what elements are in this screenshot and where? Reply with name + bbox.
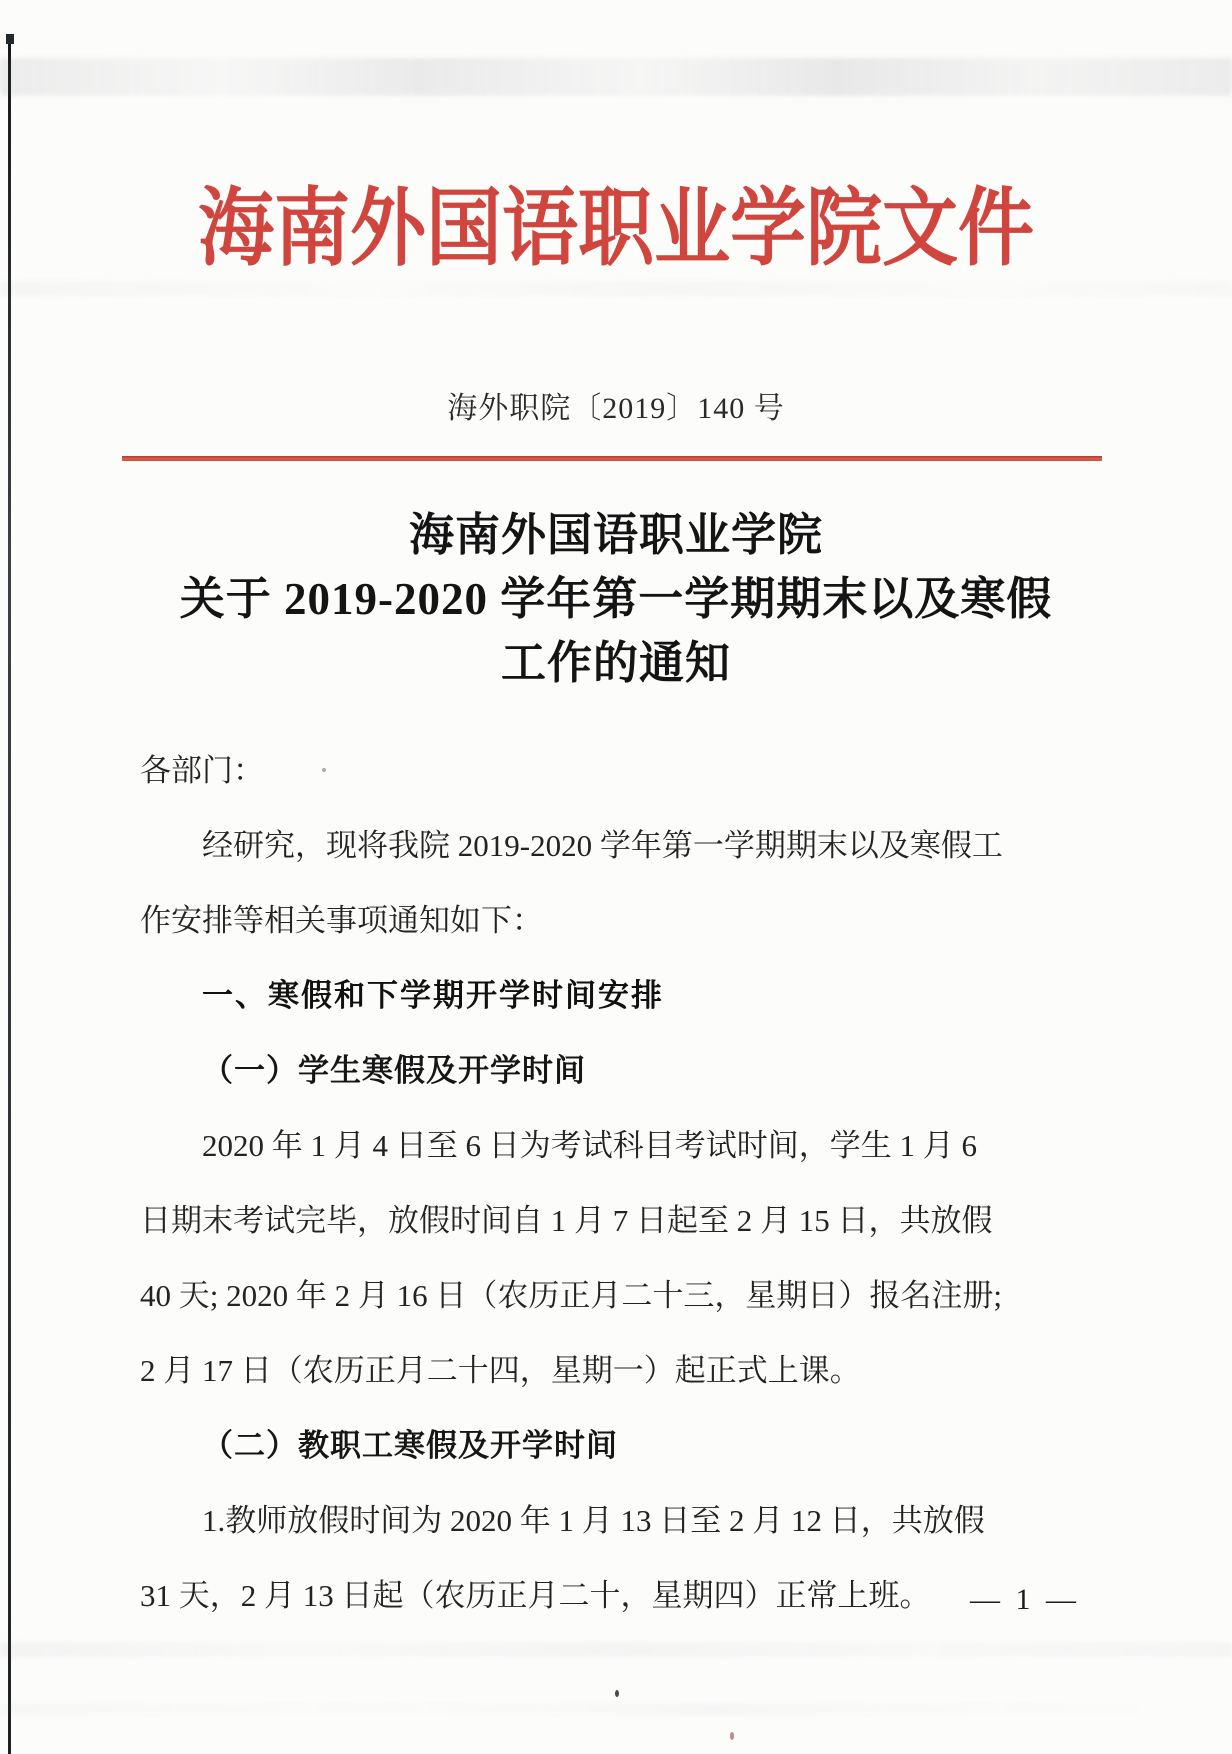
paragraph-line: 经研究，现将我院 2019-2020 学年第一学期期末以及寒假工 — [140, 808, 1114, 883]
document-body: 各部门： 经研究，现将我院 2019-2020 学年第一学期期末以及寒假工 作安… — [0, 733, 1232, 1633]
document-title-line: 海南外国语职业学院 — [0, 503, 1232, 567]
scan-speck — [615, 1690, 619, 1697]
section-heading-1-1: （一）学生寒假及开学时间 — [140, 1033, 1114, 1108]
section-heading-1-2: （二）教职工寒假及开学时间 — [140, 1408, 1114, 1483]
letterhead-org-title: 海南外国语职业学院文件 — [0, 160, 1232, 282]
paragraph-line: 31 天，2 月 13 日起（农历正月二十，星期四）正常上班。 — [140, 1558, 1114, 1633]
salutation: 各部门： — [140, 733, 1114, 808]
scan-speck — [730, 1732, 734, 1740]
document-number: 海外职院〔2019〕140 号 — [0, 383, 1232, 427]
document-title-line: 关于 2019-2020 学年第一学期期末以及寒假 — [0, 567, 1232, 631]
document-title-line: 工作的通知 — [0, 631, 1232, 695]
paragraph-line: 日期末考试完毕，放假时间自 1 月 7 日起至 2 月 15 日，共放假 — [140, 1183, 1114, 1258]
scan-artifact-band-bottom — [0, 1702, 1232, 1716]
paragraph-line: 2 月 17 日（农历正月二十四，星期一）起正式上课。 — [140, 1333, 1114, 1408]
paragraph-line: 1.教师放假时间为 2020 年 1 月 13 日至 2 月 12 日，共放假 — [140, 1483, 1114, 1558]
document-title: 海南外国语职业学院 关于 2019-2020 学年第一学期期末以及寒假 工作的通… — [0, 503, 1232, 695]
scan-artifact-band-top — [0, 58, 1232, 96]
paragraph-line: 40 天; 2020 年 2 月 16 日（农历正月二十三，星期日）报名注册; — [140, 1258, 1114, 1333]
scanned-document-page: 海南外国语职业学院文件 海外职院〔2019〕140 号 海南外国语职业学院 关于… — [0, 0, 1232, 1754]
paragraph-line: 作安排等相关事项通知如下： — [140, 883, 1114, 958]
letterhead-red-rule — [122, 456, 1102, 461]
scan-artifact-band-lower — [0, 1642, 1232, 1658]
scan-artifact-band-middle — [0, 281, 1232, 297]
section-heading-1: 一、寒假和下学期开学时间安排 — [140, 958, 1114, 1033]
paragraph-line: 2020 年 1 月 4 日至 6 日为考试科目考试时间，学生 1 月 6 — [140, 1108, 1114, 1183]
page-number: — 1 — — [970, 1583, 1080, 1617]
